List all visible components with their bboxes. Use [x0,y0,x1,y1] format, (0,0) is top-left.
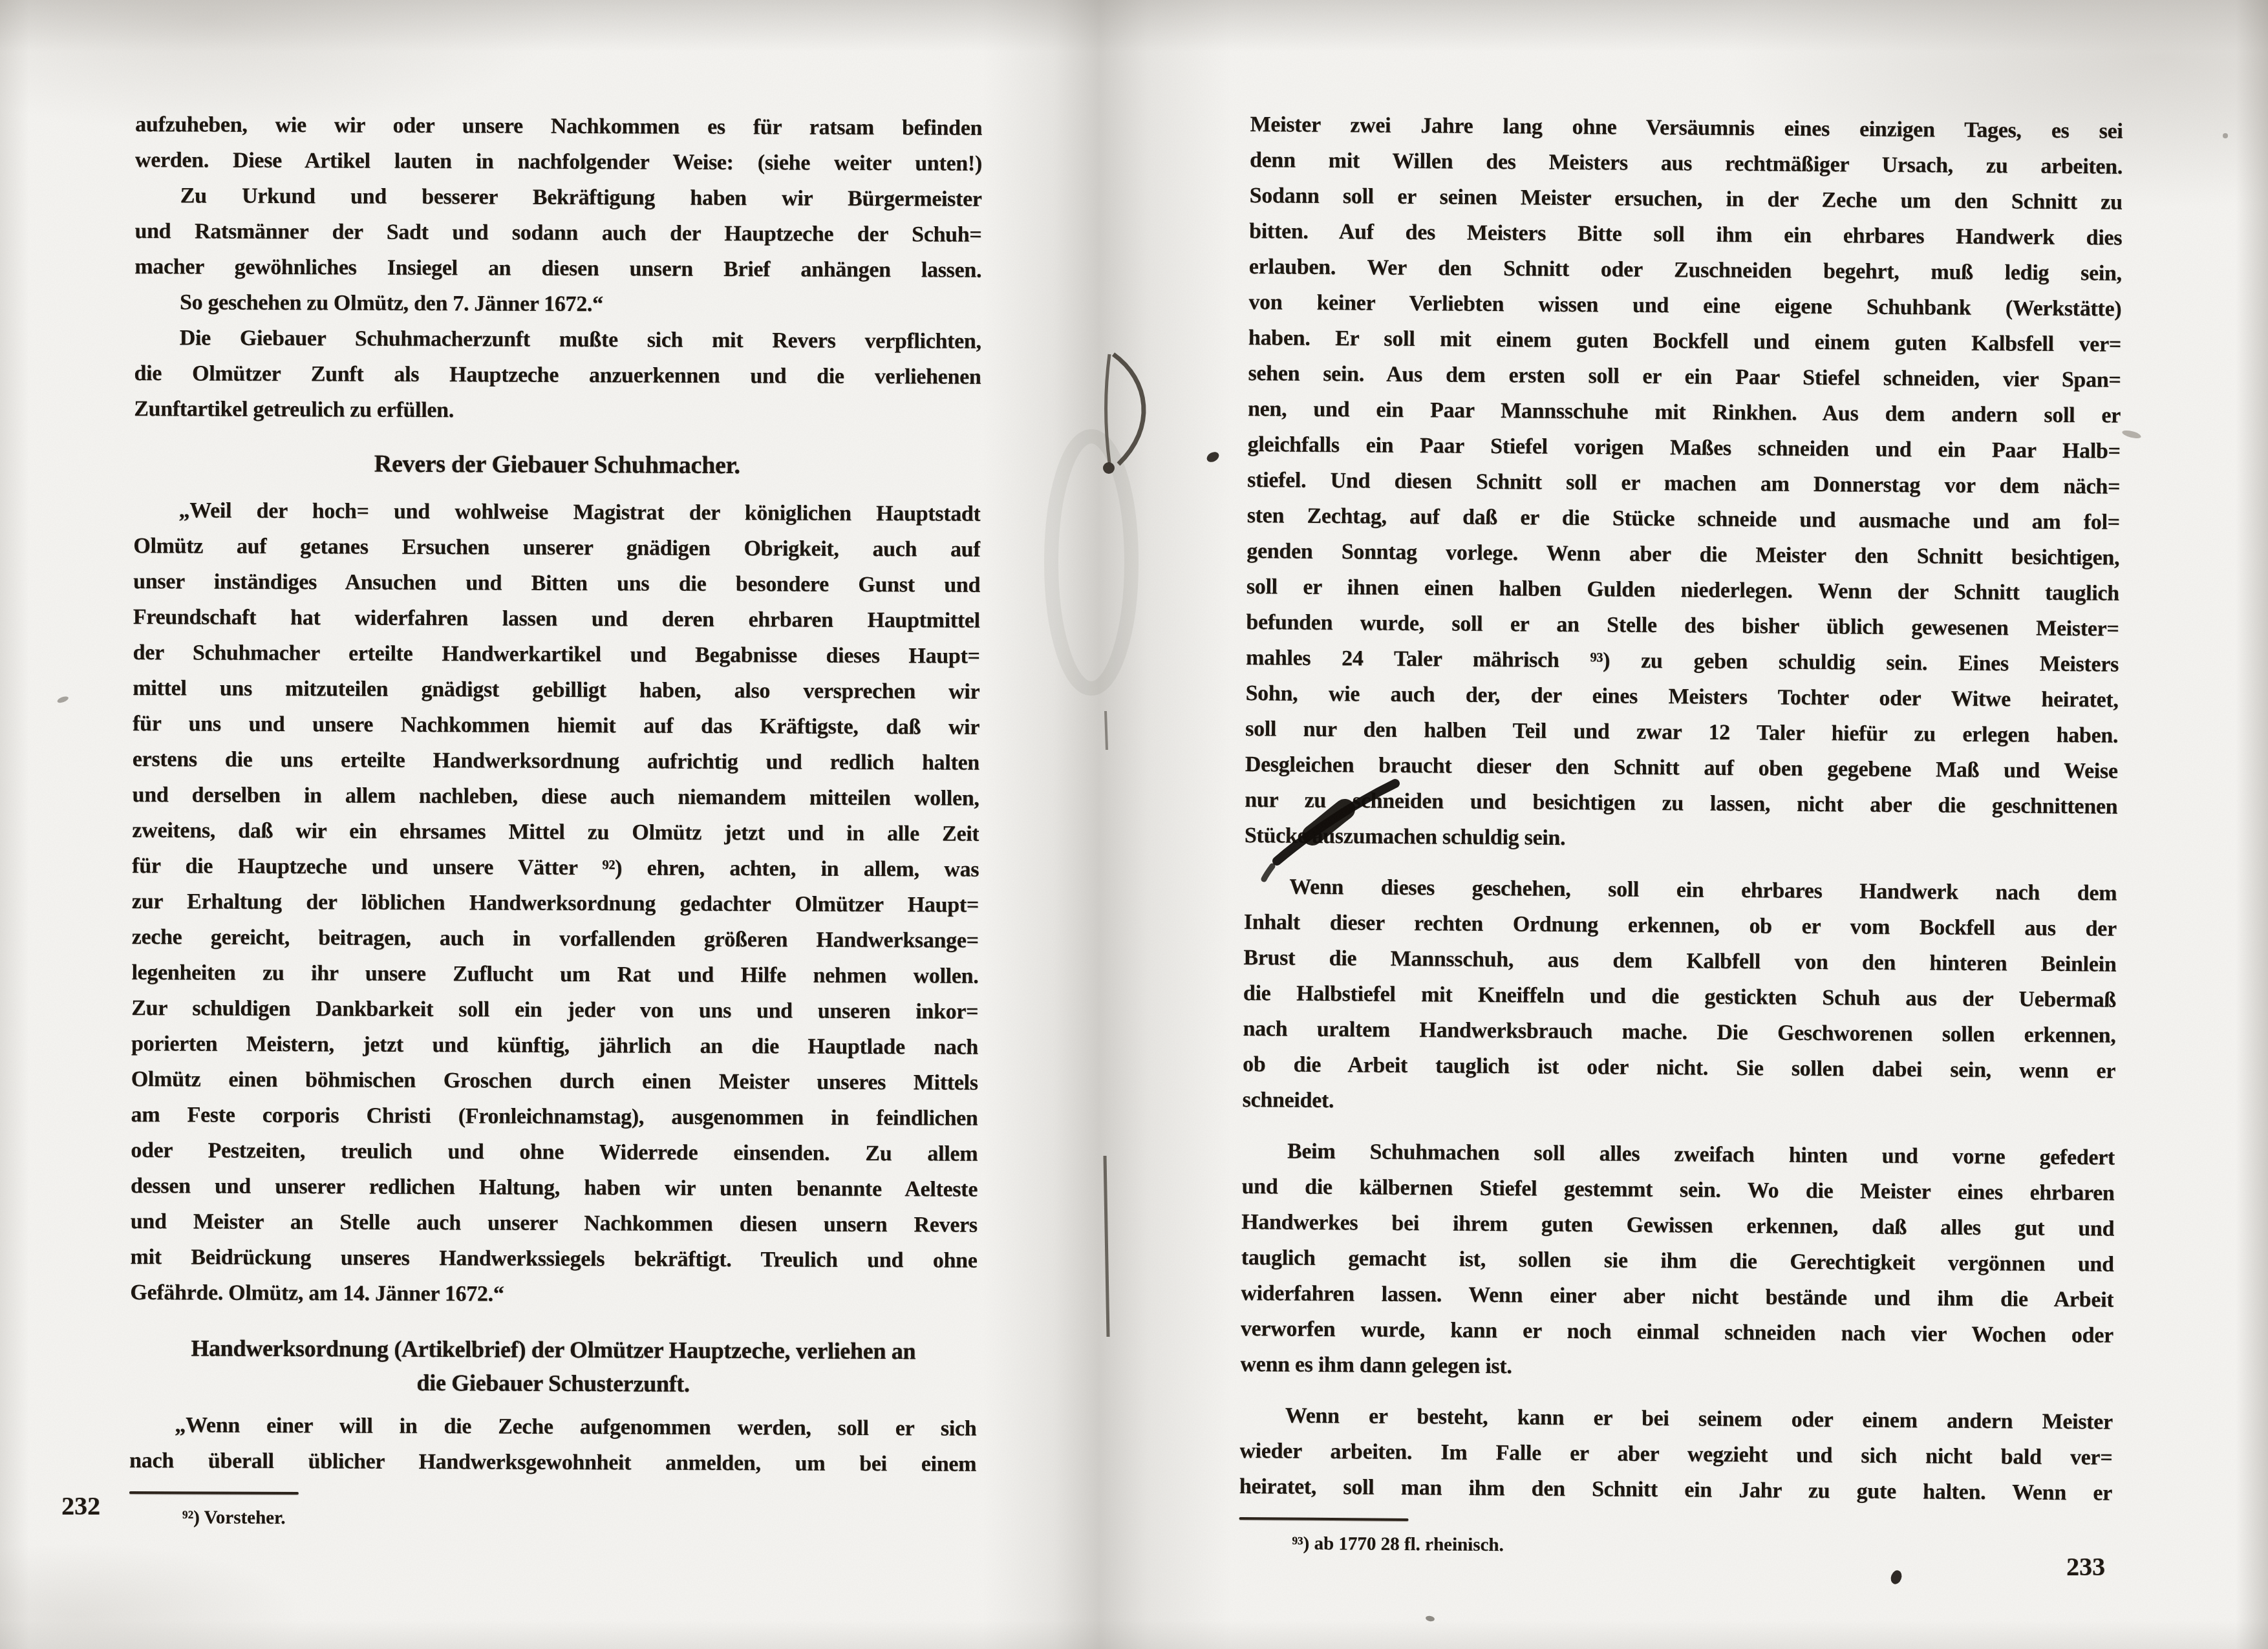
text-line: „Wenn einer will in die Zeche aufgenomme… [129,1407,976,1447]
heading-line: Revers der Giebauer Schuhmacher. [134,443,981,486]
text-line: mit Beidrückung unseres Handwerkssiegels… [130,1239,977,1279]
text-line: porierten Meistern, jetzt und künftig, j… [131,1026,978,1065]
text-line: mittel uns mitzuteilen gnädigst gebillig… [133,670,979,710]
text-line: „Weil der hoch= und wohlweise Magistrat … [133,493,980,532]
left-page: aufzuheben, wie wir oder unsere Nachkomm… [129,0,983,1534]
left-page-text: aufzuheben, wie wir oder unsere Nachkomm… [129,107,982,1482]
text-line: die Olmützer Zunft als Hauptzeche anzuer… [134,356,981,395]
text-line: So geschehen zu Olmütz, den 7. Jänner 16… [134,284,981,324]
text-line: Gefährde. Olmütz, am 14. Jänner 1672.“ [130,1275,977,1314]
text-line: legenheiten zu ihr unsere Zuflucht um Ra… [131,955,978,994]
page-number-right: 233 [2066,1551,2105,1582]
binding-thread-artifact [1051,354,1144,1337]
left-page-footer: ⁹²) Vorsteher. [129,1491,976,1534]
text-line: wenn es ihm dann gelegen ist. [1240,1346,2113,1389]
text-line: für die Hauptzeche und unsere Vätter ⁹²)… [132,848,979,888]
footnote-rule [1239,1517,1409,1521]
text-line: macher gewöhnliches Insiegel an diesen u… [134,249,981,288]
heading-line: Handwerksordnung (Artikelbrief) der Olmü… [130,1331,977,1368]
footnote-rule [129,1491,299,1495]
text-line: und Ratsmänner der Sadt und sodann auch … [134,213,981,253]
text-line: Zunftartikel getreulich zu erfüllen. [134,391,981,431]
text-line: nach überall üblicher Handwerksgewohnhei… [129,1443,976,1482]
text-line: unser inständiges Ansuchen und Bitten un… [133,564,980,603]
heading-line: die Giebauer Schusterzunft. [130,1365,977,1402]
right-page-footer: ⁹³) ab 1770 28 fl. rheinisch. [1239,1517,2112,1563]
text-line: zeche gereicht, beitragen, auch in vorfa… [132,919,979,959]
text-line: zur Erhaltung der löblichen Handwerksord… [132,884,979,923]
text-line: Stücke auszumachen schuldig sein. [1245,818,2117,860]
text-line: Zur schuldigen Dankbarkeit soll ein jede… [131,990,978,1030]
text-line: Olmütz auf getanes Ersuchen unserer gnäd… [133,528,980,568]
text-line: Zu Urkund und besserer Bekräftigung habe… [135,178,982,217]
text-line: ob die Arbeit tauglich ist oder nicht. S… [1243,1047,2115,1089]
book-spread-scan: { "colors": { "paper": "#f5f4f1", "ink":… [0,0,2268,1649]
text-line: aufzuheben, wie wir oder unsere Nachkomm… [135,107,982,146]
text-line: am Feste corporis Christi (Fronleichnams… [131,1097,978,1136]
footnote: ⁹²) Vorsteher. [129,1504,976,1534]
text-line: und derselben in allem nachleben, diese … [133,777,979,816]
text-line: Olmütz einen böhmischen Groschen durch e… [131,1061,978,1101]
text-line: oder Pestzeiten, treulich und ohne Wider… [131,1133,978,1172]
text-line: zweitens, daß wir ein ehrsames Mittel zu… [132,813,979,852]
page-number-left: 232 [61,1491,100,1521]
text-line: erstens die uns erteilte Handwerksordnun… [133,741,979,781]
text-line: schneidet. [1242,1082,2115,1125]
right-page: Meister zwei Jahre lang ohne Versäumnis … [1239,0,2124,1563]
text-line: heiratet, soll man ihm den Schnitt ein J… [1239,1469,2112,1511]
text-line: Die Giebauer Schuhmacherzunft mußte sich… [134,320,981,359]
text-line: dessen und unserer redlichen Haltung, ha… [131,1168,978,1207]
text-line: für uns und unsere Nachkommen hiemit auf… [133,706,979,745]
right-page-text: Meister zwei Jahre lang ohne Versäumnis … [1239,107,2123,1511]
footnote: ⁹³) ab 1770 28 fl. rheinisch. [1239,1530,2112,1563]
text-line: der Schuhmacher erteilte Handwerkartikel… [133,635,979,674]
text-line: werden. Diese Artikel lauten in nachfolg… [135,142,982,182]
text-line: und Meister an Stelle auch unserer Nachk… [131,1204,978,1243]
text-line: Freundschaft hat widerfahren lassen und … [133,599,980,639]
